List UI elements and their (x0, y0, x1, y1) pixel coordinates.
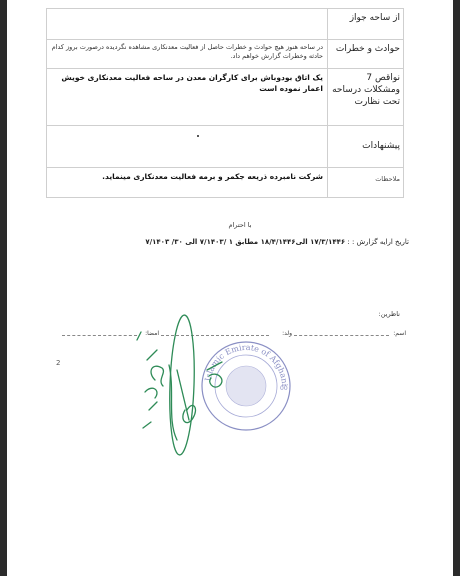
table-row: از ساحه جواز (47, 9, 404, 40)
name-label: اسم: (392, 330, 407, 337)
row-value-license-area (47, 9, 328, 40)
row-value-remarks: شرکت نامبرده ذریعه جکمر و برمه فعالیت مع… (47, 168, 328, 198)
table-row: پیشنهادات (47, 126, 404, 168)
closing-text: با احترام (7, 221, 453, 229)
signature-dash-line (62, 335, 137, 336)
row-label-remarks: ملاحظات (328, 168, 404, 198)
row-label-deficiencies: نواقص 7 ومشکلات درساحه تحت نظارت (328, 69, 404, 126)
report-table: از ساحه جواز حوادث و خطرات در ساحه هنوز … (46, 8, 404, 198)
table-row: نواقص 7 ومشکلات درساحه تحت نظارت یک اتاق… (47, 69, 404, 126)
row-value-suggestions (47, 126, 328, 168)
document-page: از ساحه جواز حوادث و خطرات در ساحه هنوز … (7, 0, 453, 576)
report-date: تاریخ ارایه گزارش : : ۱۷/۳/۱۴۴۶ الی۱۸/۴/… (145, 238, 409, 246)
table-row: ملاحظات شرکت نامبرده ذریعه جکمر و برمه ف… (47, 168, 404, 198)
row-value-deficiencies: یک اتاق بودوباش برای کارگران معدن در ساح… (47, 69, 328, 126)
row-value-incidents: در ساحه هنوز هیچ حوادث و خطرات حاصل از ف… (47, 40, 328, 69)
father-label: ولد: (281, 330, 293, 337)
observers-title: ناظرین: (379, 310, 401, 318)
svg-text:00: 00 (280, 385, 288, 392)
suggestions-dot (197, 135, 199, 137)
table-row: حوادث و خطرات در ساحه هنوز هیچ حوادث و خ… (47, 40, 404, 69)
report-date-label: تاریخ ارایه گزارش : : (347, 238, 409, 246)
page-number: 2 (56, 359, 60, 367)
report-date-value: ۱۷/۳/۱۴۴۶ الی۱۸/۴/۱۴۴۶ مطابق ۱ /۷/۱۴۰۳ ا… (145, 238, 345, 246)
row-label-suggestions: پیشنهادات (328, 126, 404, 168)
name-dash-line (294, 335, 389, 336)
row-label-license-area: از ساحه جواز (328, 9, 404, 40)
handwritten-signature-icon (127, 310, 237, 460)
row-label-incidents: حوادث و خطرات (328, 40, 404, 69)
